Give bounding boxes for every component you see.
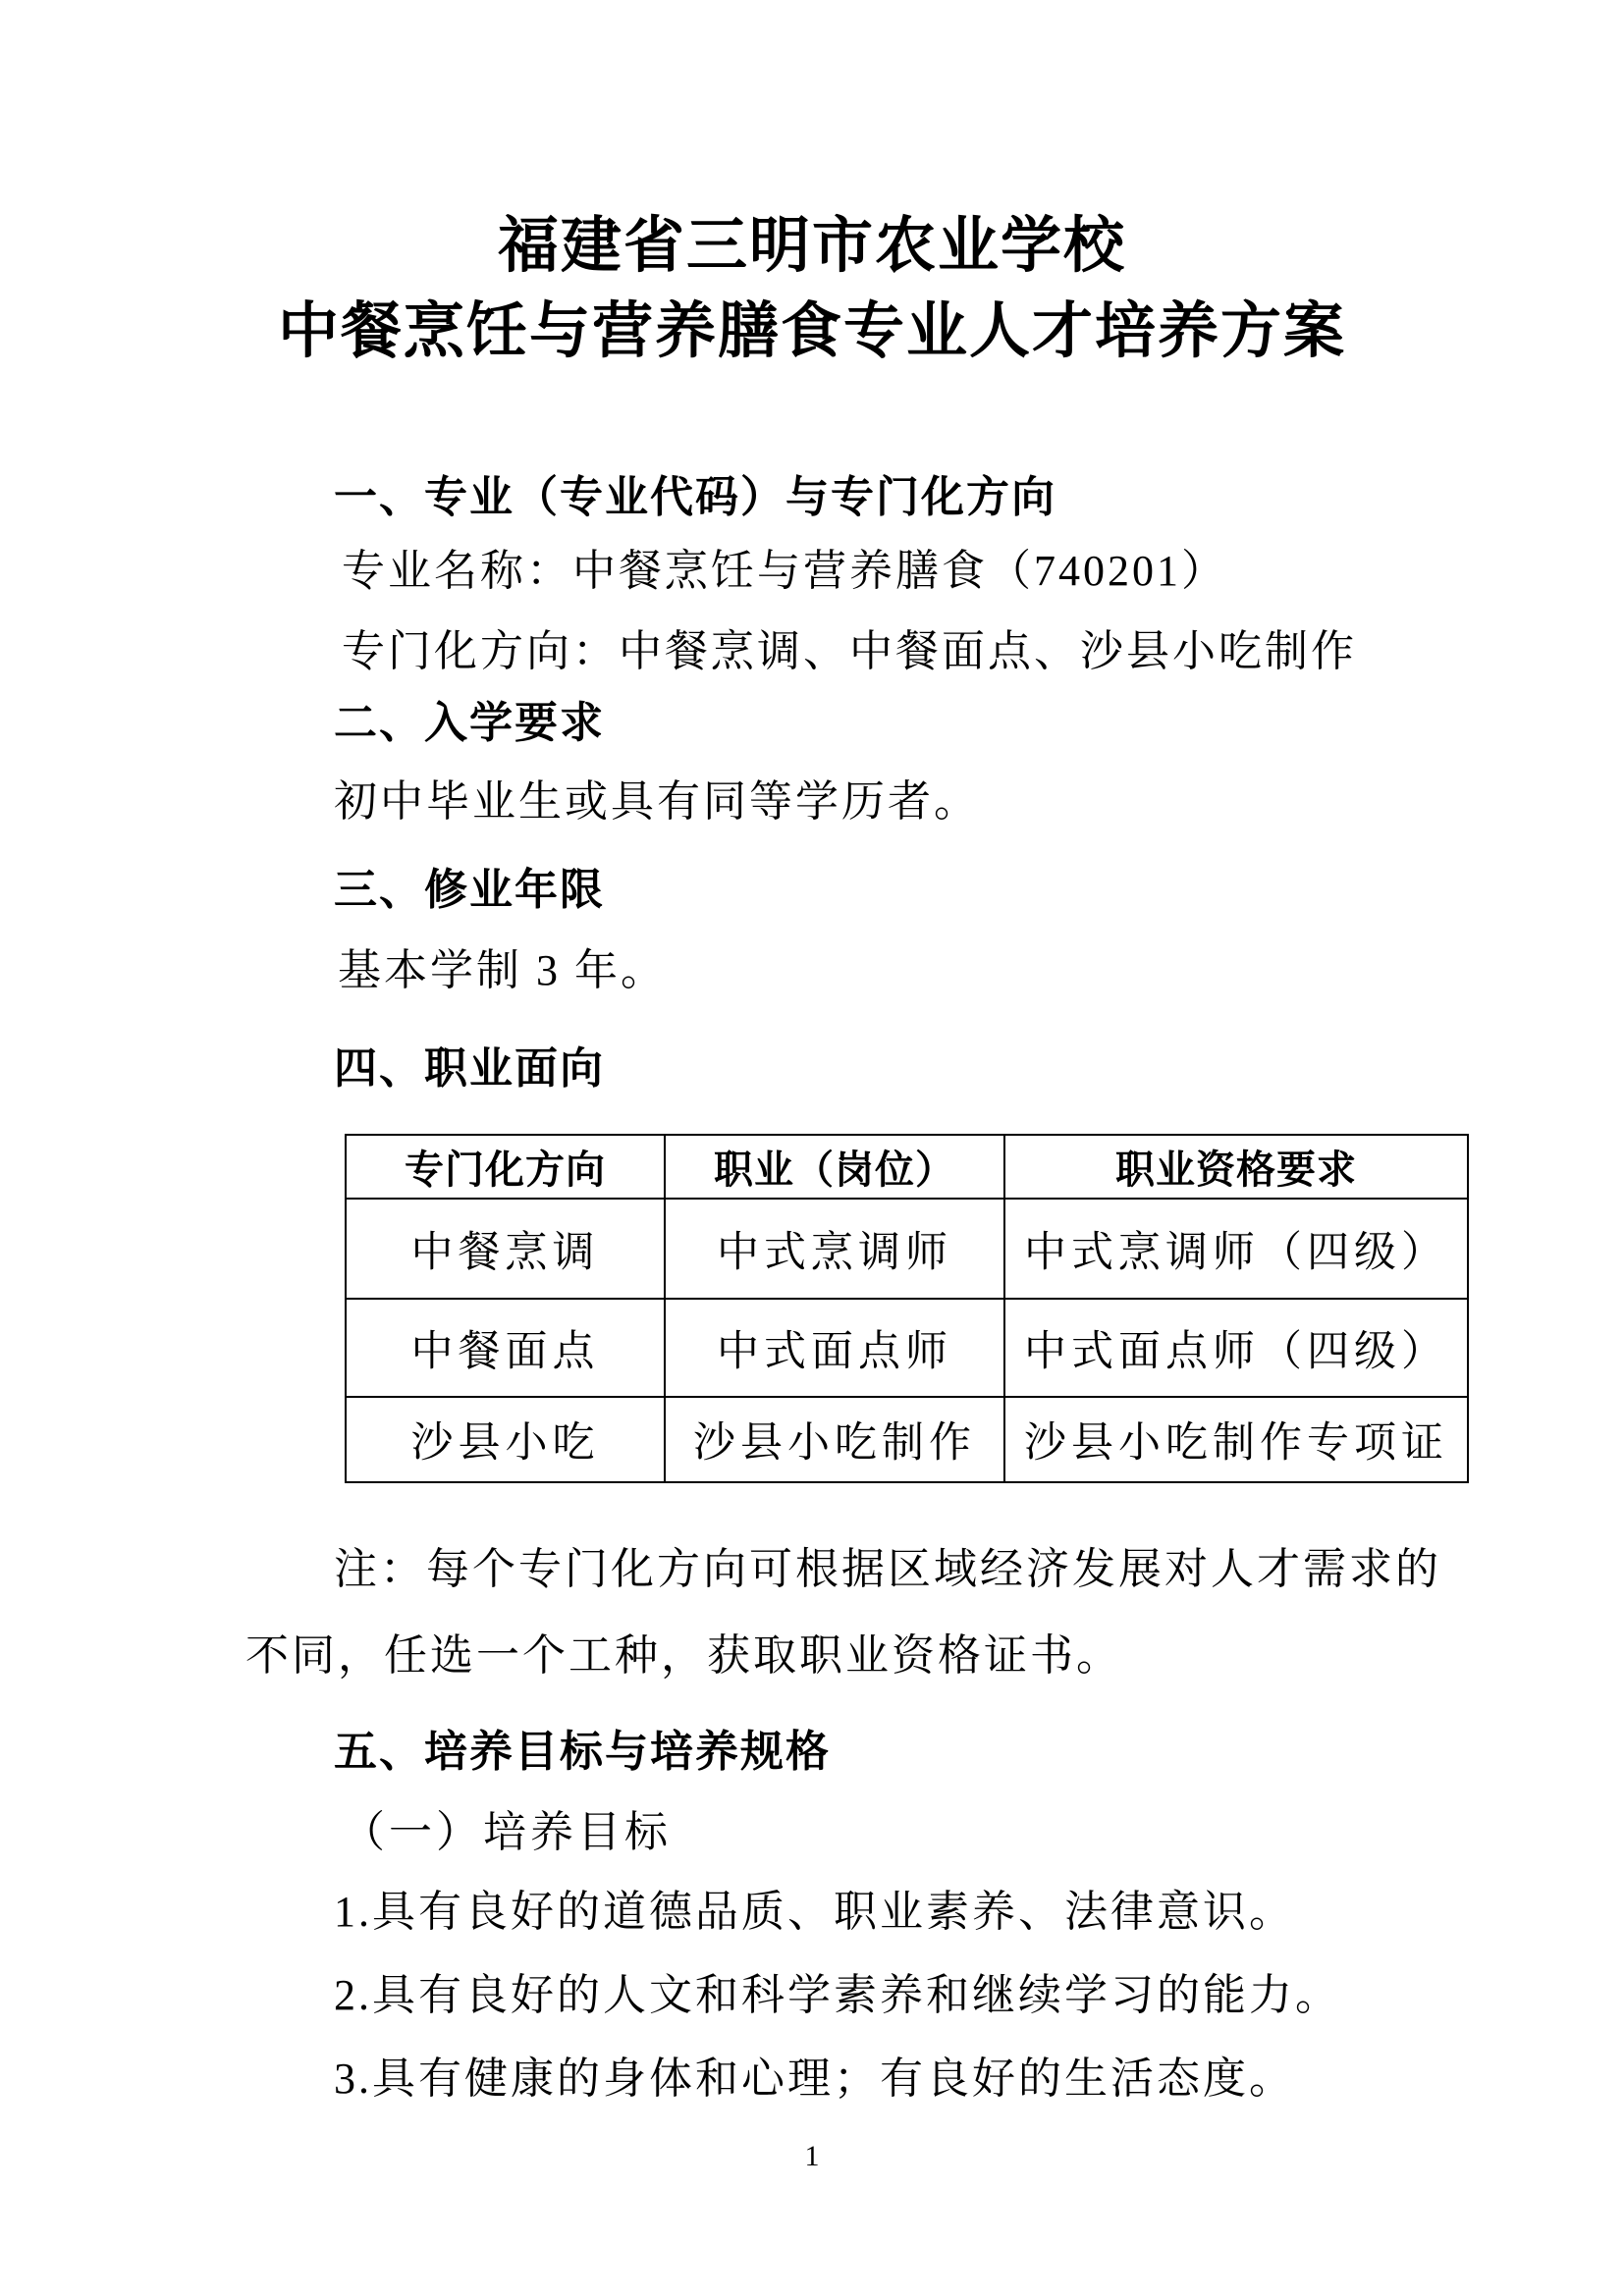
section1-major-name-line: 专业名称：中餐烹饪与营养膳食（740201）: [342, 535, 1227, 598]
table-row: 沙县小吃 沙县小吃制作 沙县小吃制作专项证: [346, 1397, 1468, 1482]
table-cell: 沙县小吃制作专项证: [1004, 1397, 1468, 1482]
table-cell: 中餐烹调: [346, 1199, 665, 1299]
table-header-occupation: 职业（岗位）: [665, 1135, 1004, 1199]
section2-heading: 二、入学要求: [334, 687, 605, 750]
list-item: 1.具有良好的道德品质、职业素养、法律意识。: [334, 1876, 1295, 1939]
table-cell: 中式面点师: [665, 1299, 1004, 1397]
page-number: 1: [0, 2140, 1624, 2173]
section1-heading: 一、专业（专业代码）与专门化方向: [334, 461, 1056, 524]
section4-heading: 四、职业面向: [334, 1033, 605, 1095]
table-cell: 中餐面点: [346, 1299, 665, 1397]
section3-body: 基本学制 3 年。: [338, 934, 667, 997]
document-page: 福建省三明市农业学校 中餐烹饪与营养膳食专业人才培养方案 一、专业（专业代码）与…: [0, 0, 1624, 2296]
table-header-specialization: 专门化方向: [346, 1135, 665, 1199]
document-title-line1: 福建省三明市农业学校: [0, 196, 1624, 284]
list-item: 3.具有健康的身体和心理；有良好的生活态度。: [334, 2043, 1295, 2106]
table-cell: 中式烹调师: [665, 1199, 1004, 1299]
table-row: 中餐面点 中式面点师 中式面点师（四级）: [346, 1299, 1468, 1397]
table-header-qualification: 职业资格要求: [1004, 1135, 1468, 1199]
section1-specialization-line: 专门化方向：中餐烹调、中餐面点、沙县小吃制作: [342, 615, 1357, 678]
table-cell: 中式烹调师（四级）: [1004, 1199, 1468, 1299]
career-orientation-table: 专门化方向 职业（岗位） 职业资格要求 中餐烹调 中式烹调师 中式烹调师（四级）…: [345, 1134, 1469, 1483]
table-cell: 沙县小吃: [346, 1397, 665, 1482]
table-row: 中餐烹调 中式烹调师 中式烹调师（四级）: [346, 1199, 1468, 1299]
table-header-row: 专门化方向 职业（岗位） 职业资格要求: [346, 1135, 1468, 1199]
note-line1: 注：每个专门化方向可根据区域经济发展对人才需求的: [334, 1533, 1441, 1596]
list-item: 2.具有良好的人文和科学素养和继续学习的能力。: [334, 1959, 1341, 2022]
document-title-line2: 中餐烹饪与营养膳食专业人才培养方案: [0, 282, 1624, 369]
section5-sub-heading: （一）培养目标: [342, 1796, 672, 1859]
section2-body: 初中毕业生或具有同等学历者。: [334, 766, 980, 828]
section3-heading: 三、修业年限: [334, 854, 605, 917]
table-cell: 沙县小吃制作: [665, 1397, 1004, 1482]
note-line2: 不同，任选一个工种，获取职业资格证书。: [245, 1620, 1122, 1682]
table-cell: 中式面点师（四级）: [1004, 1299, 1468, 1397]
section5-heading: 五、培养目标与培养规格: [334, 1716, 831, 1779]
